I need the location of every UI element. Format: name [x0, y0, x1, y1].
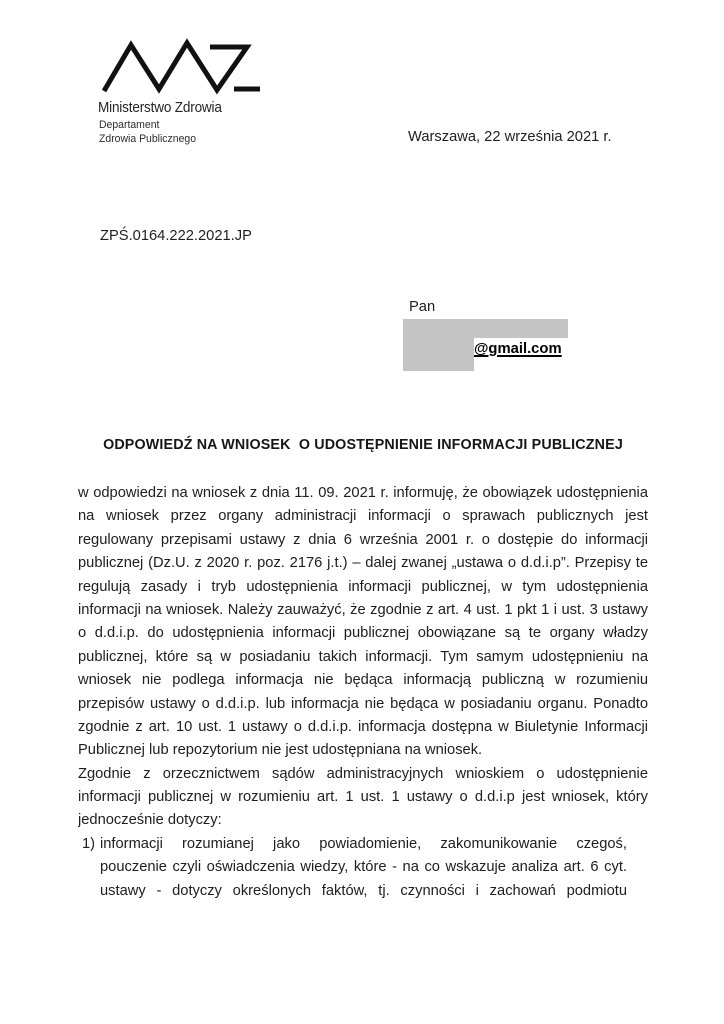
body-line: informacji rozumianej jako powiadomienie…	[100, 833, 627, 856]
list-marker: 1)	[82, 833, 95, 856]
body-line: regulowany przepisami ustawy z dnia 6 wr…	[78, 529, 648, 552]
list-item: 1)informacji rozumianej jako powiadomien…	[78, 833, 648, 903]
body-line: publicznej (Dz.U. z 2020 r. poz. 2176 j.…	[78, 552, 648, 575]
body-line: publicznej, które są w posiadaniu takich…	[78, 646, 648, 669]
letter-page: Ministerstwo Zdrowia Departament Zdrowia…	[0, 0, 724, 1024]
body-line: w odpowiedzi na wniosek z dnia 11. 09. 2…	[78, 482, 648, 505]
body-text: w odpowiedzi na wniosek z dnia 11. 09. 2…	[78, 482, 648, 903]
body-line: Zgodnie z orzecznictwem sądów administra…	[78, 763, 648, 786]
body-line: ustawy - dotyczy określonych faktów, tj.…	[100, 880, 627, 903]
body-line: przepisów ustawy o d.d.i.p. lub informac…	[78, 693, 648, 716]
paragraph: Zgodnie z orzecznictwem sądów administra…	[78, 763, 648, 833]
reference-number: ZPŚ.0164.222.2021.JP	[100, 228, 252, 244]
ministry-name: Ministerstwo Zdrowia	[98, 100, 222, 116]
body-line: informacji na wniosek. Należy zauważyć, …	[78, 599, 648, 622]
redacted-name-block	[403, 319, 568, 338]
body-line: jednocześnie dotyczy:	[78, 809, 648, 832]
body-line: informacji publicznej w rozumieniu art. …	[78, 786, 648, 809]
recipient-email-suffix: @gmail.com	[474, 338, 562, 357]
body-line: pouczenie czyli oświadczenia wiedzy, któ…	[100, 856, 627, 879]
department-name: Departament Zdrowia Publicznego	[99, 119, 196, 146]
recipient-salutation: Pan	[409, 299, 435, 315]
body-line: wniosek nie podlega informacja nie będąc…	[78, 669, 648, 692]
paragraph: w odpowiedzi na wniosek z dnia 11. 09. 2…	[78, 482, 648, 763]
recipient-block: @gmail.com	[403, 319, 633, 371]
body-line: zgodnie z art. 10 ust. 1 ustawy o d.d.i.…	[78, 716, 648, 739]
ministry-logo-icon	[100, 37, 262, 95]
document-title: ODPOWIEDŹ NA WNIOSEK O UDOSTĘPNIENIE INF…	[78, 437, 648, 453]
department-line-2: Zdrowia Publicznego	[99, 133, 196, 147]
body-line: regulują zasady i tryb udostępnienia inf…	[78, 576, 648, 599]
redacted-email-block	[403, 338, 474, 371]
department-line-1: Departament	[99, 119, 196, 133]
body-line: na wniosek przez organy administracji in…	[78, 505, 648, 528]
body-line: Publicznej lub repozytorium nie jest udo…	[78, 739, 648, 762]
body-line: o d.d.i.p. do udostępnienia informacji p…	[78, 622, 648, 645]
place-and-date: Warszawa, 22 września 2021 r.	[408, 129, 612, 145]
